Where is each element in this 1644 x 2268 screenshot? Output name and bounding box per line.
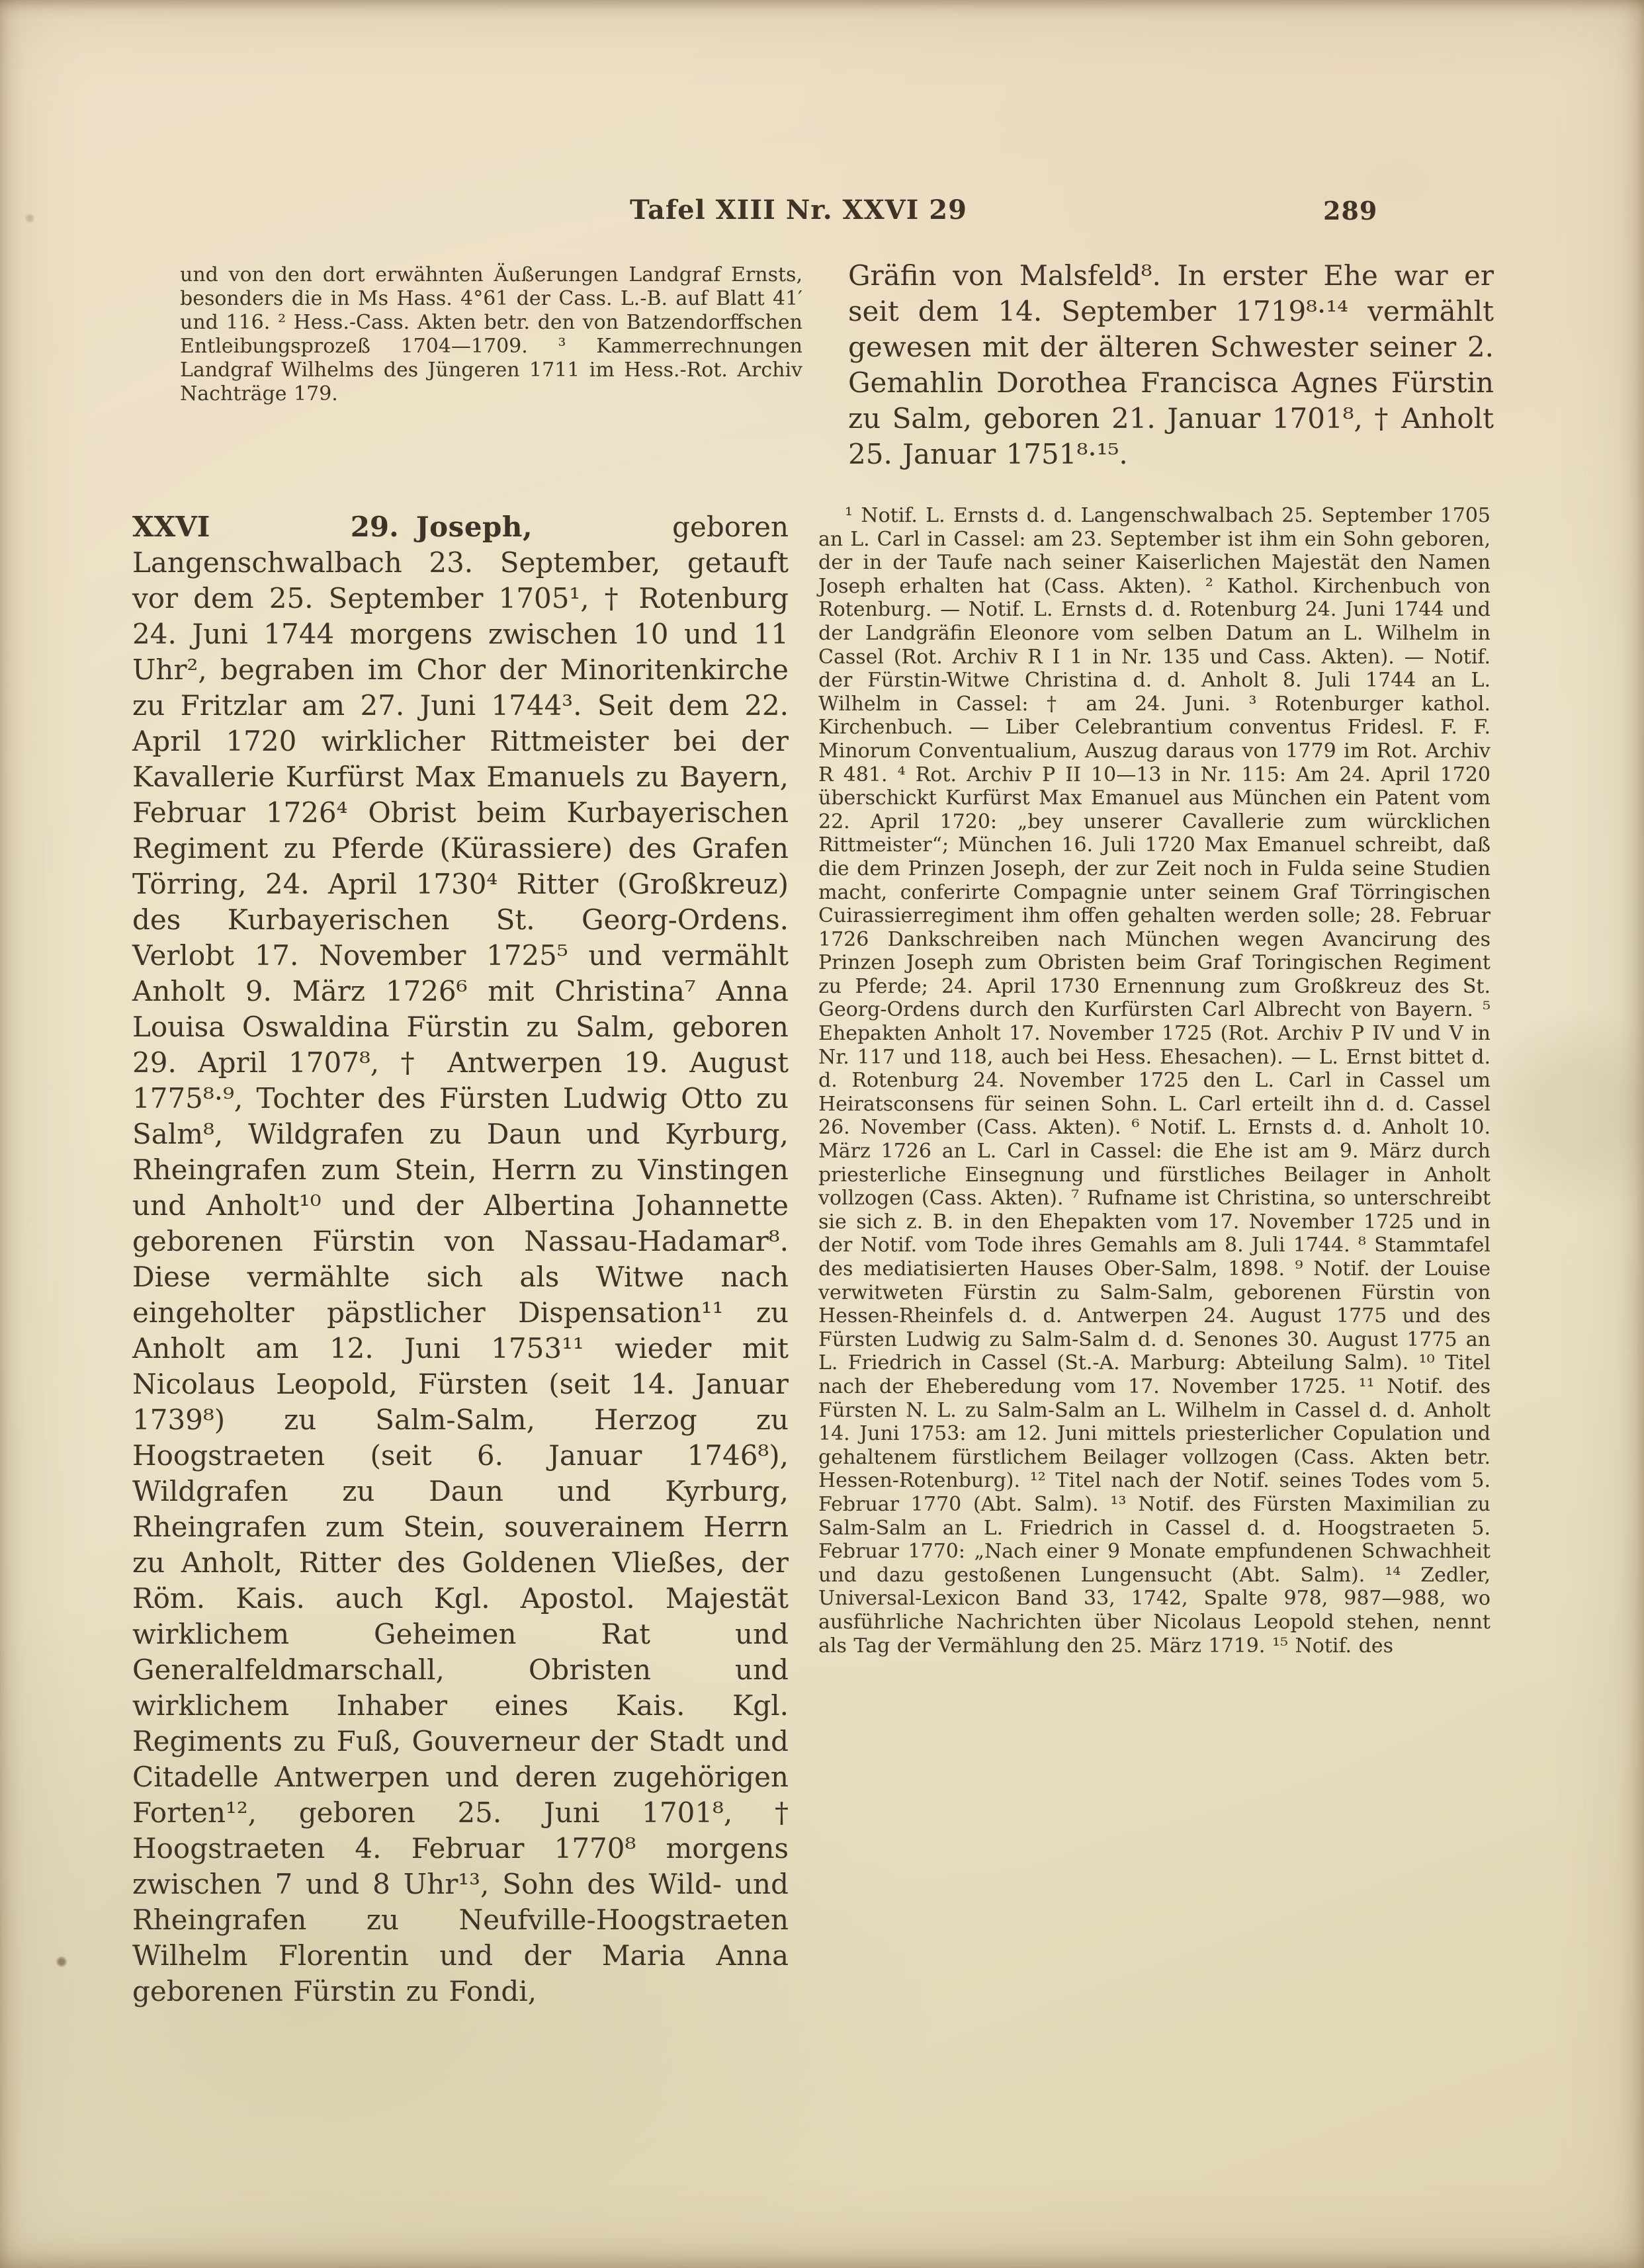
carryover-footnotes-block: und von den dort erwähnten Äußerungen La… (180, 263, 802, 406)
footnotes-text: ¹ Notif. L. Ernsts d. d. Langenschwalbac… (818, 504, 1491, 1658)
entry-paragraph: XXVI 29.Joseph, geboren Langenschwalbach… (132, 509, 789, 2009)
footnotes-block: ¹ Notif. L. Ernsts d. d. Langenschwalbac… (818, 504, 1491, 1658)
entry-xxvi-29-block: XXVI 29.Joseph, geboren Langenschwalbach… (132, 509, 789, 2009)
entry-name: Joseph, (416, 511, 533, 543)
running-title: Tafel XIII Nr. XXVI 29 (630, 194, 967, 226)
entry-number: XXVI 29. (132, 511, 399, 543)
book-page: Tafel XIII Nr. XXVI 29 289 und von den d… (0, 0, 1644, 2268)
page-number: 289 (1323, 196, 1377, 226)
carryover-footnotes-text: und von den dort erwähnten Äußerungen La… (180, 263, 802, 406)
entry-text-continuation: Gräfin von Malsfeld⁸. In erster Ehe war … (848, 258, 1494, 472)
entry-text: geboren Langenschwalbach 23. September, … (132, 511, 789, 2007)
entry-text-continuation-block: Gräfin von Malsfeld⁸. In erster Ehe war … (848, 258, 1494, 472)
